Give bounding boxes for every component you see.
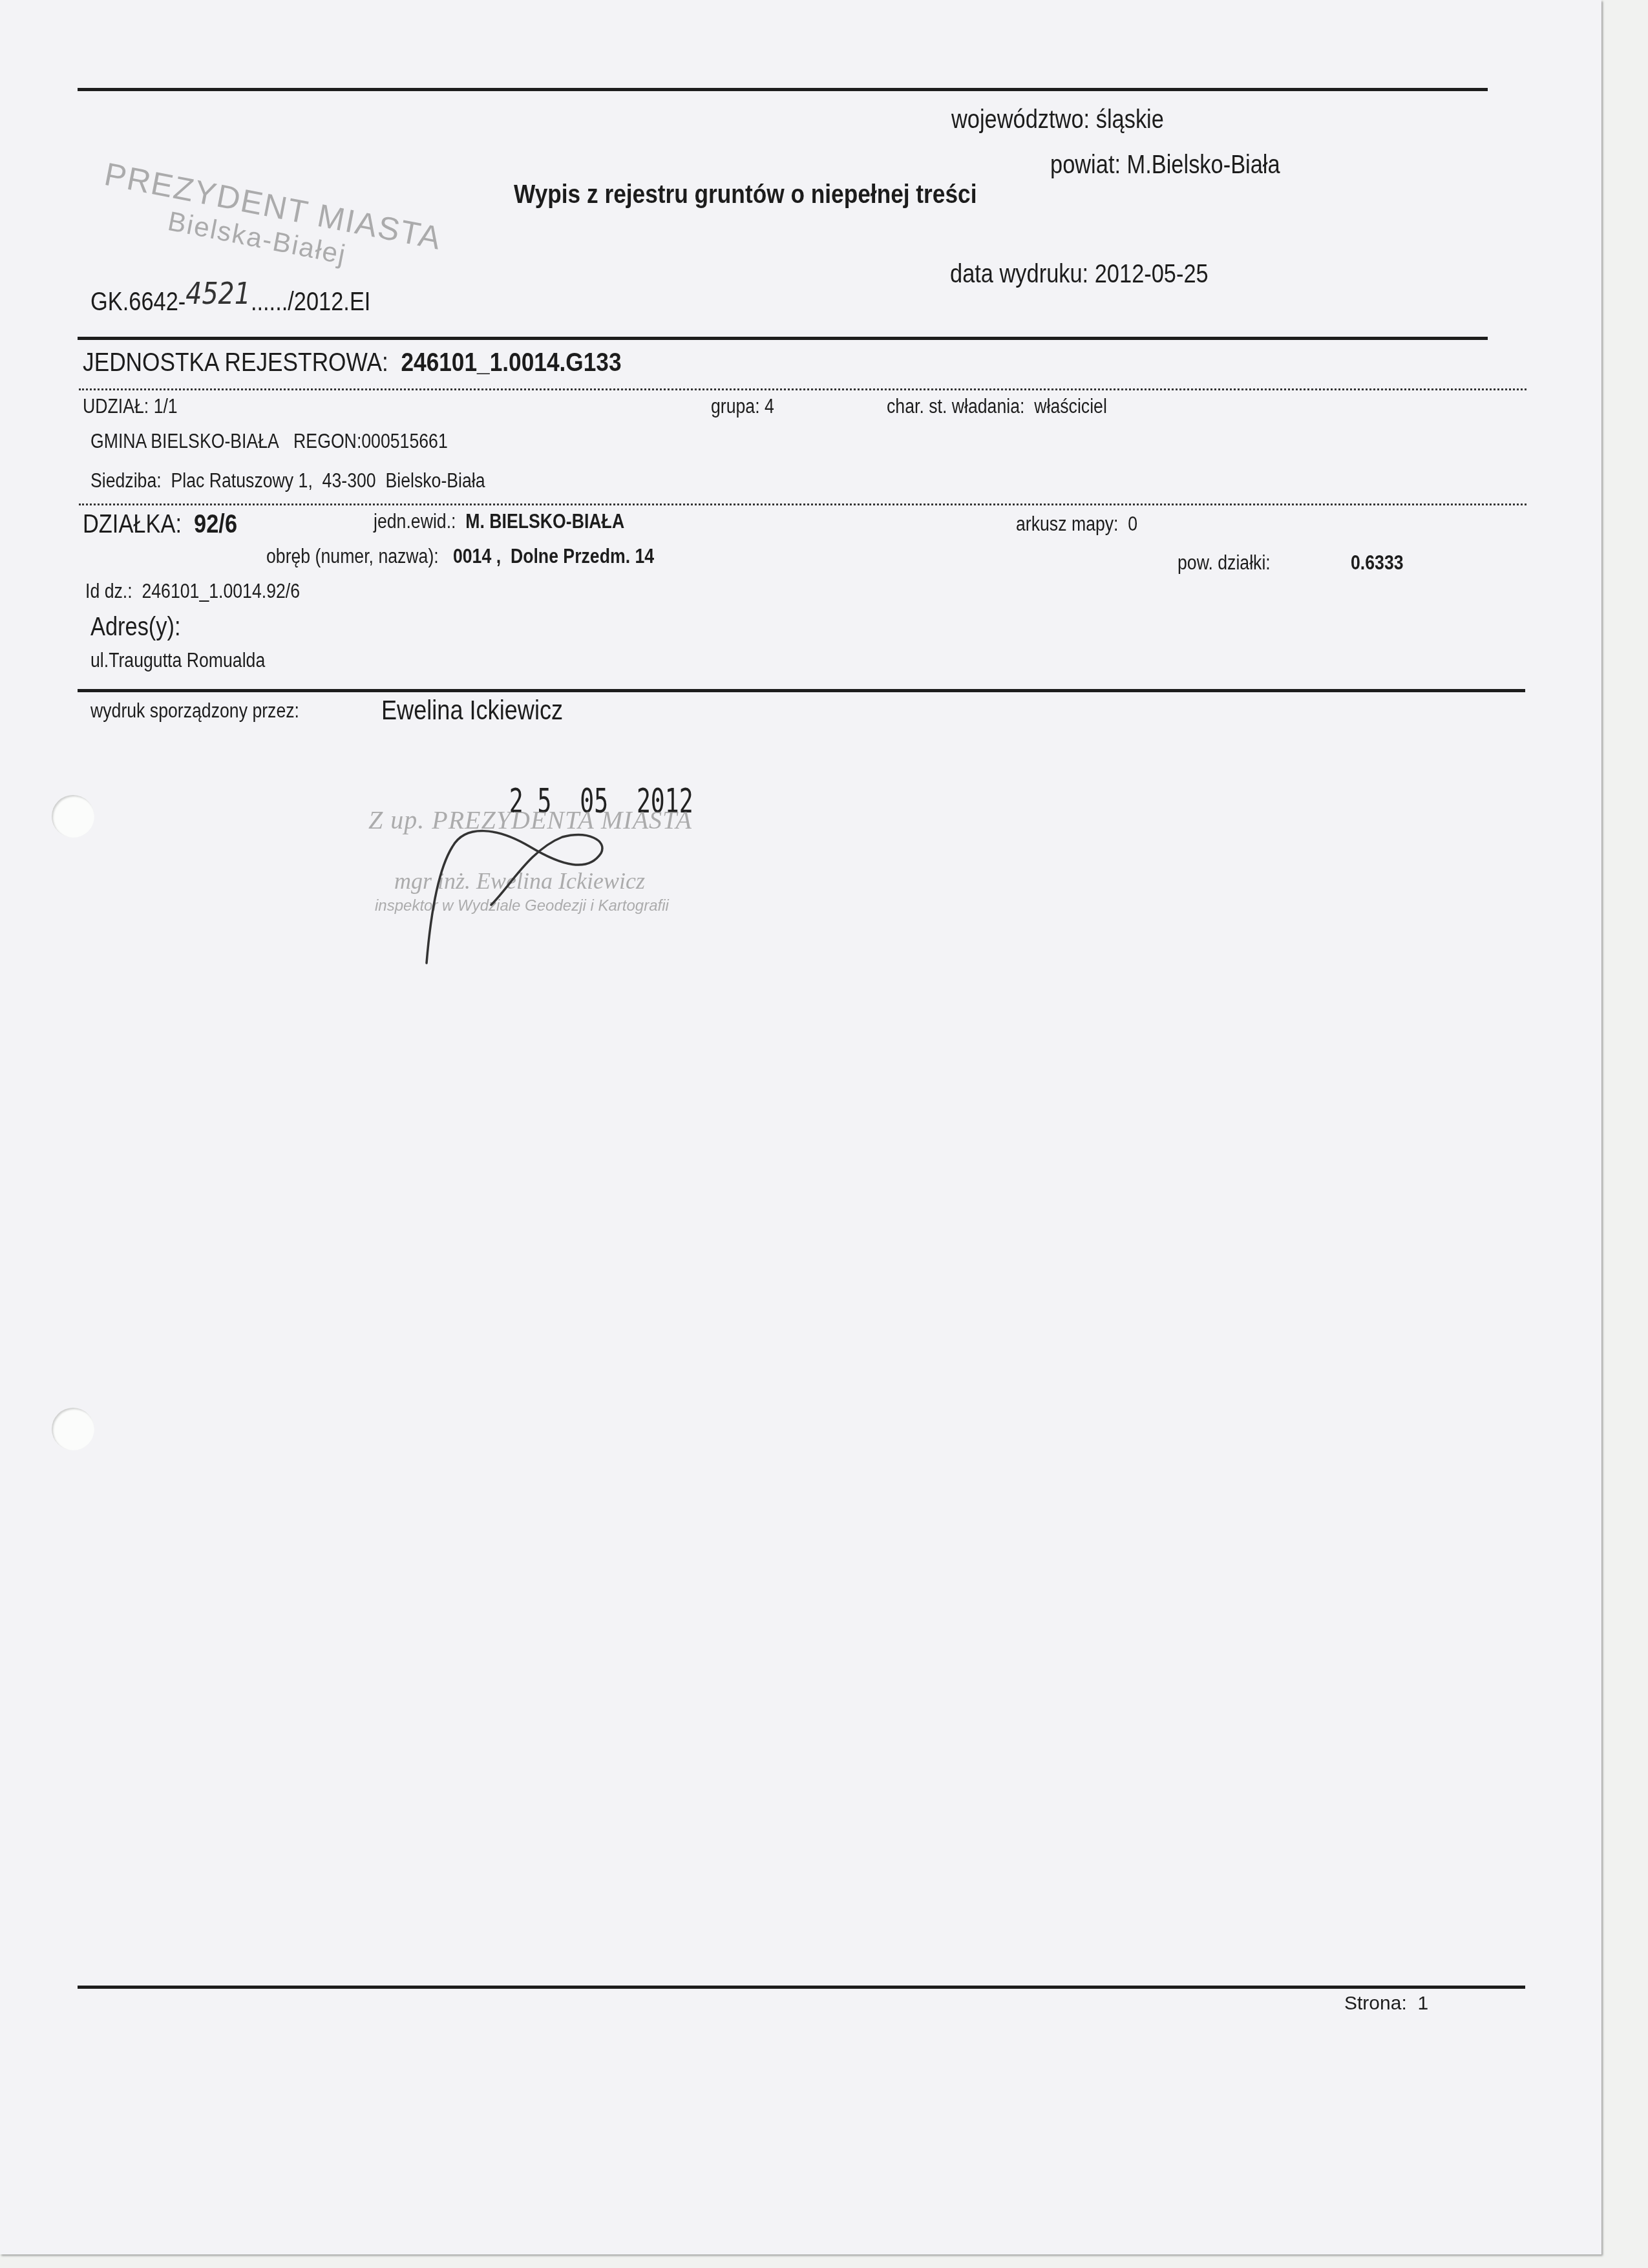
share-divider — [79, 388, 1527, 390]
share-value: 1/1 — [154, 395, 178, 418]
prepared-by-field: wydruk sporządzony przez: — [90, 699, 333, 723]
parcel-field: DZIAŁKA: 92/6 — [83, 510, 262, 539]
precinct-label: obręb (numer, nazwa): — [266, 545, 439, 567]
signature-icon — [401, 801, 633, 970]
page-value: 1 — [1417, 1993, 1428, 2014]
owner-name: GMINA BIELSKO-BIAŁA — [90, 430, 279, 452]
address-label: Adres(y): — [90, 613, 181, 642]
ownership-value: właściciel — [1034, 395, 1107, 418]
map-sheet-label: arkusz mapy: — [1016, 513, 1119, 535]
address-heading: Adres(y): — [90, 613, 195, 642]
wojewodztwo-label: województwo: — [951, 105, 1090, 134]
parcel-divider — [79, 503, 1527, 505]
parcel-value: 92/6 — [194, 510, 237, 538]
ownership-field: char. st. władania: właściciel — [887, 395, 1143, 418]
case-handwritten: 4521 — [185, 276, 251, 311]
seat-value: Plac Ratuszowy 1, 43-300 Bielsko-Biała — [171, 469, 485, 492]
area-field: pow. działki: — [1178, 551, 1285, 575]
case-suffix: ....../2012.EI — [251, 288, 370, 316]
registry-unit-field: jedn.ewid.: M. BIELSKO-BIAŁA — [374, 510, 665, 533]
seat-label: Siedziba: — [90, 469, 162, 492]
print-date-value: 2012-05-25 — [1095, 260, 1209, 288]
prepared-rule — [78, 689, 1525, 692]
punch-hole-top — [52, 795, 94, 838]
prepared-by-value-wrap: Ewelina Ickiewicz — [381, 695, 593, 726]
share-label: UDZIAŁ: — [83, 395, 149, 418]
prepared-by-label: wydruk sporządzony przez: — [90, 699, 299, 723]
top-rule — [78, 88, 1488, 91]
print-date-field: data wydruku: 2012-05-25 — [950, 260, 1251, 289]
parcel-label: DZIAŁKA: — [83, 510, 182, 538]
register-unit-value: 246101_1.0014.G133 — [401, 347, 621, 377]
bottom-rule — [78, 1986, 1525, 1989]
area-value: 0.6333 — [1351, 551, 1404, 575]
address-value: ul.Traugutta Romualda — [90, 649, 265, 672]
president-stamp: PREZYDENT MIASTA Bielska-Białej — [96, 155, 445, 288]
area-label: pow. działki: — [1178, 551, 1271, 574]
unit-rule — [78, 337, 1488, 340]
powiat-label: powiat: — [1050, 151, 1121, 179]
seat-field: Siedziba: Plac Ratuszowy 1, 43-300 Biels… — [90, 469, 549, 493]
document-title: Wypis z rejestru gruntów o niepełnej tre… — [514, 179, 1052, 209]
share-field: UDZIAŁ: 1/1 — [83, 395, 193, 418]
group-label: grupa: — [711, 395, 760, 418]
page-label: Strona: — [1344, 1993, 1407, 2014]
document-page: województwo: śląskie powiat: M.Bielsko-B… — [0, 0, 1601, 2254]
map-sheet-field: arkusz mapy: 0 — [1016, 513, 1157, 536]
registry-unit-label: jedn.ewid.: — [374, 510, 456, 533]
area-value-wrap: 0.6333 — [1351, 551, 1412, 575]
wojewodztwo-value: śląskie — [1096, 105, 1164, 134]
powiat-field: powiat: M.Bielsko-Biała — [1050, 151, 1318, 180]
case-number: GK.6642-4521....../2012.EI — [90, 282, 416, 317]
parcel-id-label: Id dz.: — [85, 580, 132, 602]
address-field: ul.Traugutta Romualda — [90, 649, 293, 672]
group-value: 4 — [765, 395, 774, 418]
prepared-by-value: Ewelina Ickiewicz — [381, 695, 563, 726]
map-sheet-value: 0 — [1128, 513, 1137, 535]
page-number: Strona: 1 — [1344, 1993, 1428, 2015]
parcel-id-field: Id dz.: 246101_1.0014.92/6 — [85, 580, 335, 603]
owner-field: GMINA BIELSKO-BIAŁA REGON:000515661 — [90, 430, 506, 453]
register-unit: JEDNOSTKA REJESTROWA: 246101_1.0014.G133 — [83, 347, 709, 377]
parcel-id-value: 246101_1.0014.92/6 — [142, 580, 300, 602]
owner-regon: REGON:000515661 — [293, 430, 448, 452]
precinct-field: obręb (numer, nazwa): 0014 , Dolne Przed… — [266, 545, 717, 568]
punch-hole-bottom — [52, 1408, 94, 1450]
registry-unit-value: M. BIELSKO-BIAŁA — [465, 510, 624, 533]
register-unit-label: JEDNOSTKA REJESTROWA: — [83, 347, 388, 377]
powiat-value: M.Bielsko-Biała — [1127, 151, 1280, 179]
title-text: Wypis z rejestru gruntów o niepełnej tre… — [514, 179, 977, 209]
precinct-value: 0014 , Dolne Przedm. 14 — [453, 545, 654, 567]
group-field: grupa: 4 — [711, 395, 785, 418]
wojewodztwo-field: województwo: śląskie — [951, 105, 1198, 134]
ownership-label: char. st. władania: — [887, 395, 1024, 418]
print-date-label: data wydruku: — [950, 260, 1088, 288]
case-prefix: GK.6642- — [90, 288, 185, 316]
